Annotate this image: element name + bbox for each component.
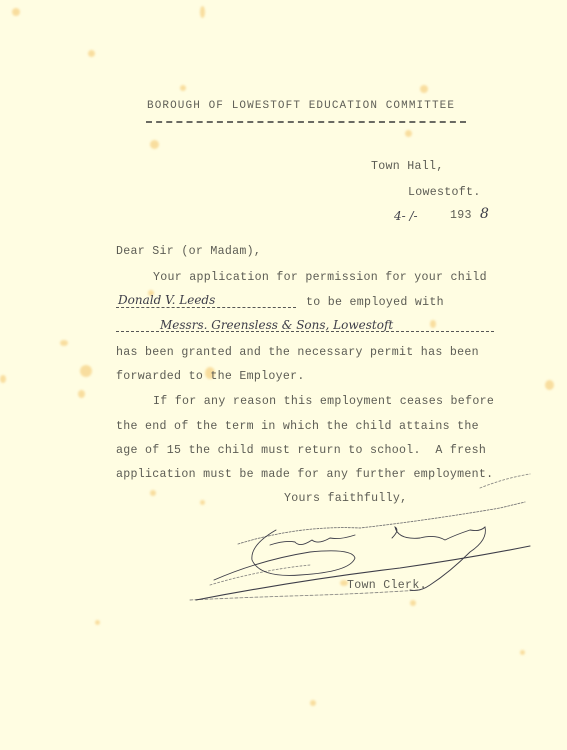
signature-icon: [0, 0, 567, 750]
letter-page: BOROUGH OF LOWESTOFT EDUCATION COMMITTEE…: [0, 0, 567, 750]
signature-title: Town Clerk.: [347, 579, 427, 592]
